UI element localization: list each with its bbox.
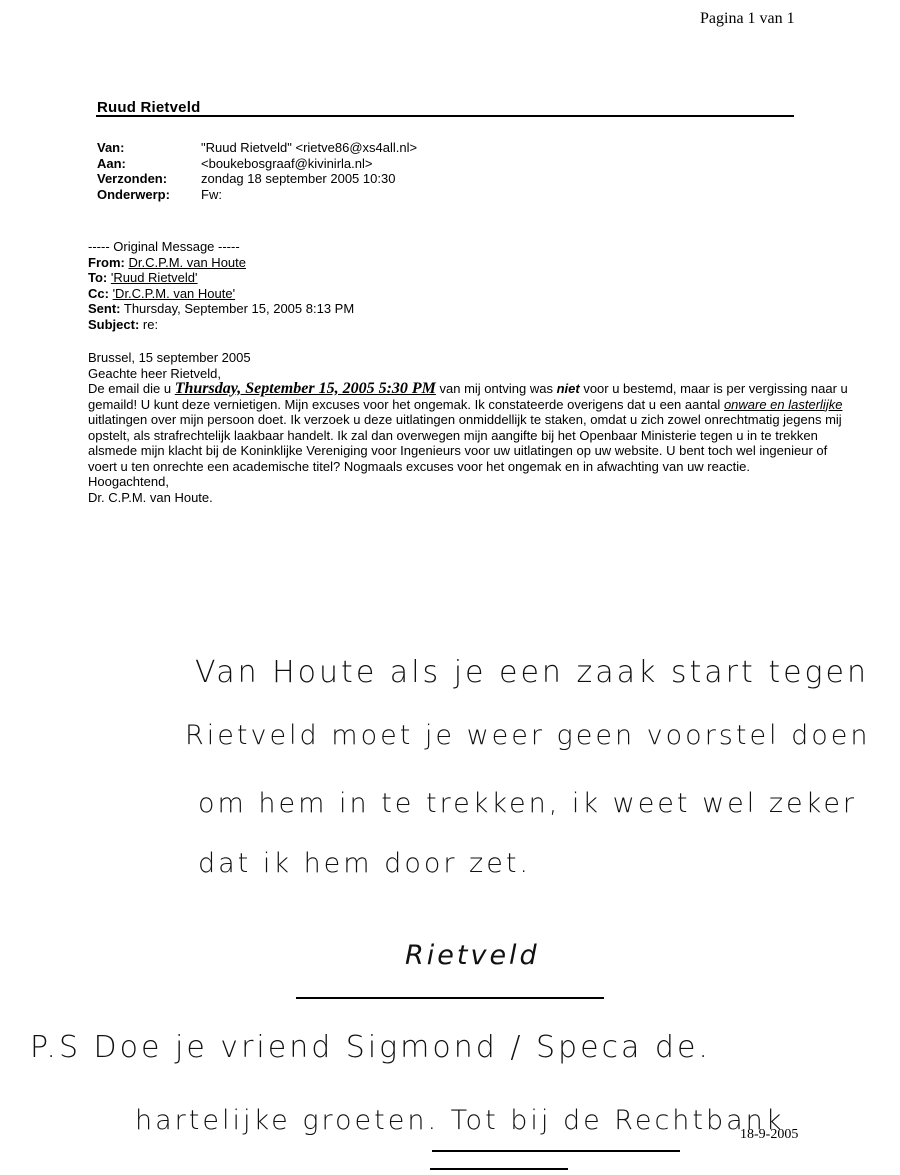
subject-label: Onderwerp: bbox=[97, 187, 201, 203]
handwritten-line: dat ik hem door zet. bbox=[198, 848, 531, 879]
orig-subject-row: Subject: re: bbox=[88, 317, 354, 333]
orig-subject-value: re: bbox=[143, 317, 158, 332]
to-label: Aan: bbox=[97, 156, 201, 172]
emphasis-onware: onware en lasterlijke bbox=[724, 397, 843, 412]
orig-from-link[interactable]: Dr.C.P.M. van Houte bbox=[128, 255, 246, 270]
orig-subject-label: Subject: bbox=[88, 317, 139, 332]
orig-cc-link[interactable]: 'Dr.C.P.M. van Houte' bbox=[113, 286, 236, 301]
text-run: De email die u bbox=[88, 381, 175, 396]
subject-value: Fw: bbox=[201, 187, 417, 203]
place-date: Brussel, 15 september 2005 bbox=[88, 350, 848, 366]
handwritten-line: Rietveld moet je weer geen voorstel doen bbox=[185, 720, 871, 751]
letter-paragraph: De email die u Thursday, September 15, 2… bbox=[88, 381, 848, 474]
handwritten-ps-line: hartelijke groeten. Tot bij de Rechtbank bbox=[135, 1105, 784, 1136]
orig-cc-label: Cc: bbox=[88, 286, 109, 301]
orig-from-row: From: Dr.C.P.M. van Houte bbox=[88, 255, 354, 271]
email-header-fields: Van: "Ruud Rietveld" <rietve86@xs4all.nl… bbox=[97, 140, 417, 202]
header-divider bbox=[96, 115, 794, 117]
orig-from-label: From: bbox=[88, 255, 125, 270]
orig-sent-value: Thursday, September 15, 2005 8:13 PM bbox=[124, 301, 354, 316]
ps-underline-second bbox=[430, 1168, 568, 1170]
orig-sent-label: Sent: bbox=[88, 301, 121, 316]
orig-sent-row: Sent: Thursday, September 15, 2005 8:13 … bbox=[88, 301, 354, 317]
text-run: van mij ontving was bbox=[436, 381, 557, 396]
from-label: Van: bbox=[97, 140, 201, 156]
handwritten-ps-line: P.S Doe je vriend Sigmond / Speca de. bbox=[30, 1030, 711, 1065]
emphasis-niet: niet bbox=[557, 381, 580, 396]
sent-value: zondag 18 september 2005 10:30 bbox=[201, 171, 417, 187]
orig-to-link[interactable]: 'Ruud Rietveld' bbox=[111, 270, 198, 285]
from-value: "Ruud Rietveld" <rietve86@xs4all.nl> bbox=[201, 140, 417, 156]
text-run: uitlatingen over mijn persoon doet. Ik v… bbox=[88, 412, 842, 474]
signature-underline bbox=[296, 997, 604, 999]
page-number: Pagina 1 van 1 bbox=[700, 10, 795, 28]
to-value: <boukebosgraaf@kivinirla.nl> bbox=[201, 156, 417, 172]
sent-label: Verzonden: bbox=[97, 171, 201, 187]
original-message-header: ----- Original Message ----- From: Dr.C.… bbox=[88, 239, 354, 332]
handwritten-date: 18-9-2005 bbox=[740, 1127, 798, 1143]
letter-body: Brussel, 15 september 2005 Geachte heer … bbox=[88, 350, 848, 505]
original-message-separator: ----- Original Message ----- bbox=[88, 239, 354, 255]
sender-name: Ruud Rietveld bbox=[97, 99, 200, 116]
handwritten-line: Van Houte als je een zaak start tegen bbox=[195, 655, 869, 690]
letter-signature: Dr. C.P.M. van Houte. bbox=[88, 490, 848, 506]
handwritten-line: om hem in te trekken, ik weet wel zeker bbox=[198, 788, 857, 819]
orig-cc-row: Cc: 'Dr.C.P.M. van Houte' bbox=[88, 286, 354, 302]
handwritten-signature: Rietveld bbox=[405, 940, 540, 971]
inline-date-link[interactable]: Thursday, September 15, 2005 5:30 PM bbox=[175, 380, 436, 397]
closing: Hoogachtend, bbox=[88, 474, 848, 490]
orig-to-row: To: 'Ruud Rietveld' bbox=[88, 270, 354, 286]
orig-to-label: To: bbox=[88, 270, 107, 285]
salutation: Geachte heer Rietveld, bbox=[88, 366, 848, 382]
ps-underline bbox=[432, 1150, 680, 1152]
